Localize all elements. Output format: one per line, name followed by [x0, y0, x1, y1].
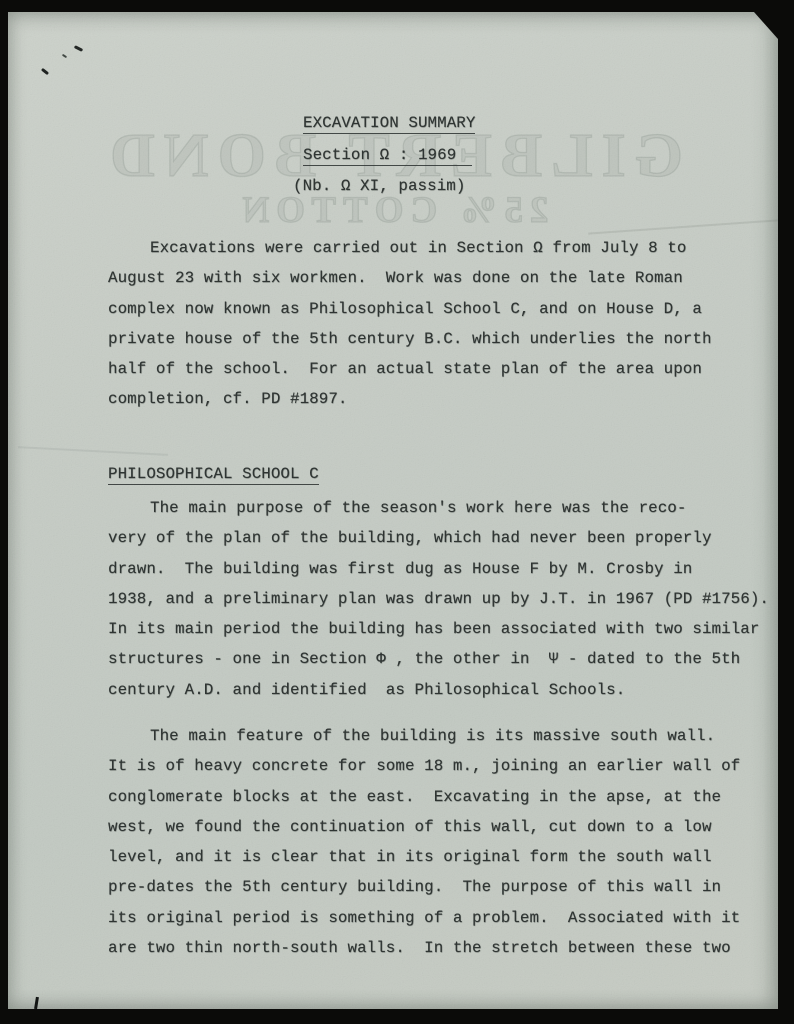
document-reference-note: (Nb. Ω XI, passim)	[293, 171, 475, 203]
text-line: August 23 with six workmen. Work was don…	[108, 263, 712, 293]
document-page: GILBERT BOND 25% COTTON EXCAVATION SUMMA…	[8, 12, 778, 1009]
text-line: The main feature of the building is its …	[108, 721, 740, 751]
text-line: drawn. The building was first dug as Hou…	[108, 554, 769, 584]
text-line: complex now known as Philosophical Schoo…	[108, 294, 712, 324]
text-line: The main purpose of the season's work he…	[108, 493, 769, 523]
paper-crease	[18, 446, 168, 456]
intro-paragraph: Excavations were carried out in Section …	[108, 233, 712, 415]
section-heading-block: PHILOSOPHICAL SCHOOL C	[108, 459, 319, 489]
text-line: century A.D. and identified as Philosoph…	[108, 675, 769, 705]
body-paragraph-2: The main feature of the building is its …	[108, 721, 740, 963]
text-line: are two thin north-south walls. In the s…	[108, 933, 740, 963]
ink-speck	[62, 54, 67, 58]
section-heading: PHILOSOPHICAL SCHOOL C	[108, 465, 319, 485]
ink-speck	[74, 45, 83, 52]
text-line: conglomerate blocks at the east. Excavat…	[108, 782, 740, 812]
text-line: In its main period the building has been…	[108, 614, 769, 644]
text-line: very of the plan of the building, which …	[108, 523, 769, 553]
text-line: Excavations were carried out in Section …	[108, 233, 712, 263]
text-line: pre-dates the 5th century building. The …	[108, 872, 740, 902]
text-line: its original period is something of a pr…	[108, 903, 740, 933]
text-line: half of the school. For an actual state …	[108, 354, 712, 384]
title-line: EXCAVATION SUMMARY	[303, 108, 475, 140]
text-line: level, and it is clear that in its origi…	[108, 842, 740, 872]
document-title: EXCAVATION SUMMARY	[303, 114, 475, 134]
edge-mark	[34, 997, 39, 1009]
text-line: 1938, and a preliminary plan was drawn u…	[108, 584, 769, 614]
heading-line: PHILOSOPHICAL SCHOOL C	[108, 459, 319, 489]
ink-speck	[41, 68, 49, 75]
document-subtitle: Section Ω : 1969	[303, 146, 472, 166]
text-line: It is of heavy concrete for some 18 m., …	[108, 751, 740, 781]
subtitle-line: Section Ω : 1969	[303, 140, 475, 172]
text-line: structures - one in Section Φ , the othe…	[108, 644, 769, 674]
scanned-document-screenshot: { "colors": { "scan_background": "#0b0b0…	[0, 0, 794, 1024]
text-line: private house of the 5th century B.C. wh…	[108, 324, 712, 354]
document-title-block: EXCAVATION SUMMARY Section Ω : 1969 (Nb.…	[303, 108, 475, 203]
body-paragraph-1: The main purpose of the season's work he…	[108, 493, 769, 705]
text-line: completion, cf. PD #1897.	[108, 384, 712, 414]
text-line: west, we found the continuation of this …	[108, 812, 740, 842]
